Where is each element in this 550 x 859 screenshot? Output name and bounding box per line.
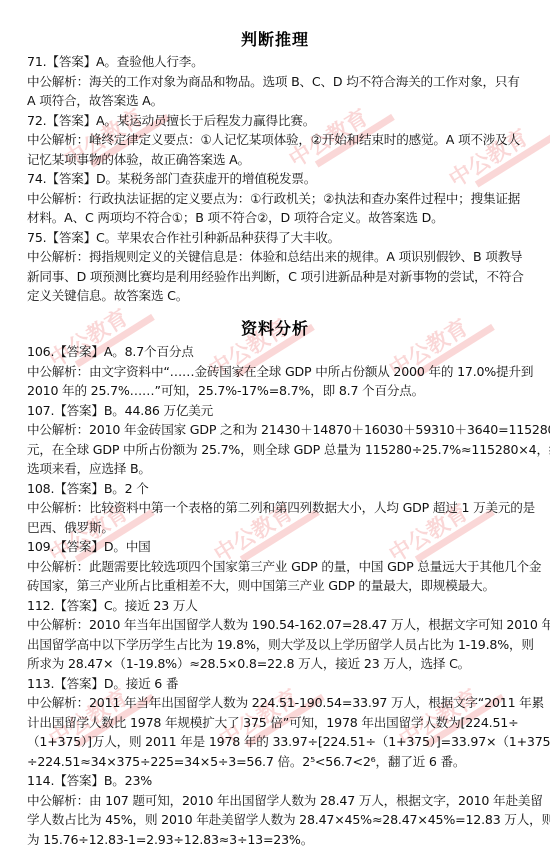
analysis-line: 元，在全球 GDP 中所占份额为 25.7%，则全球 GDP 总量为 11528… [27, 440, 517, 459]
analysis-line: 中公解析：峰终定律定义要点：①人记忆某项体验，②开始和结束时的感觉。A 项不涉及… [27, 130, 517, 149]
document-page: 中公教育 中公教育 中公教育 中公教育 中公教育 中公教育 中公教育 中公教育 … [0, 0, 550, 859]
answer-line: 106.【答案】A。8.7个百分点 [27, 342, 517, 361]
analysis-line: 材料。A、C 两项均不符合①；B 项不符合②，D 项符合定义。故答案选 D。 [27, 208, 517, 227]
answer-line: 74.【答案】D。某税务部门查获虚开的增值税发票。 [27, 169, 517, 188]
analysis-line: 中公解析：2010 年当年出国留学人数为 190.54-162.07=28.47… [27, 615, 517, 634]
analysis-line: 砖国家，第三产业所占比重相差不大，则中国第三产业 GDP 的量最大，即规模最大。 [27, 576, 517, 595]
analysis-line: 选项来看，应选择 B。 [27, 459, 517, 478]
answer-line: 107.【答案】B。44.86 万亿美元 [27, 401, 517, 420]
section-title-data-analysis: 资料分析 [0, 316, 550, 339]
answer-line: 114.【答案】B。23% [27, 771, 517, 790]
analysis-line: 学人数占比为 45%，则 2010 年赴美留学人数为 28.47×45%≈28.… [27, 810, 517, 829]
analysis-line: 中公解析：2010 年金砖国家 GDP 之和为 21430＋14870＋1603… [27, 420, 517, 439]
section-title-judgment-reasoning: 判断推理 [0, 27, 550, 50]
answer-line: 108.【答案】B。2 个 [27, 479, 517, 498]
answer-line: 113.【答案】D。接近 6 番 [27, 674, 517, 693]
analysis-line: 中公解析：此题需要比较选项四个国家第三产业 GDP 的量，中国 GDP 总量远大… [27, 557, 517, 576]
analysis-line: 中公解析：由文字资料中“……金砖国家在全球 GDP 中所占份额从 2000 年的… [27, 362, 517, 381]
analysis-line: 巴西、俄罗斯。 [27, 518, 517, 537]
analysis-line: 定义关键信息。故答案选 C。 [27, 286, 517, 305]
answer-line: 71.【答案】A。查验他人行李。 [27, 52, 517, 71]
analysis-line: 中公解析：行政执法证据的定义要点为：①行政机关；②执法和查办案件过程中；搜集证据 [27, 189, 517, 208]
analysis-line: 为 15.76÷12.83-1=2.93÷12.83≈3÷13=23%。 [27, 830, 517, 849]
analysis-line: 记忆某项事物的体验，故正确答案选 A。 [27, 150, 517, 169]
analysis-line: 出国留学高中以下学历学生占比为 19.8%，则大学及以上学历留学人员占比为 1-… [27, 635, 517, 654]
answer-line: 109.【答案】D。中国 [27, 537, 517, 556]
analysis-line: （1+375）]万人，则 2011 年是 1978 年的 33.97÷[224.… [27, 732, 517, 751]
analysis-line: ÷224.51≈34×375÷225=34×5÷3=56.7 倍。2⁵<56.7… [27, 752, 517, 771]
analysis-line: 中公解析：比较资料中第一个表格的第二列和第四列数据大小，人均 GDP 超过 1 … [27, 498, 517, 517]
analysis-line: 所求为 28.47×（1-19.8%）≈28.5×0.8=22.8 万人，接近 … [27, 654, 517, 673]
analysis-line: 计出国留学人数比 1978 年规模扩大了 375 倍”可知，1978 年出国留学… [27, 713, 517, 732]
analysis-line: A 项符合，故答案选 A。 [27, 91, 517, 110]
answer-line: 112.【答案】C。接近 23 万人 [27, 596, 517, 615]
answer-line: 72.【答案】A。某运动员擅长于后程发力赢得比赛。 [27, 111, 517, 130]
analysis-line: 2010 年的 25.7%……”可知，25.7%-17%=8.7%，即 8.7 … [27, 381, 517, 400]
analysis-line: 中公解析：由 107 题可知，2010 年出国留学人数为 28.47 万人，根据… [27, 791, 517, 810]
analysis-line: 中公解析：海关的工作对象为商品和物品。选项 B、C、D 均不符合海关的工作对象，… [27, 72, 517, 91]
answer-line: 75.【答案】C。苹果农合作社引种新品种获得了大丰收。 [27, 228, 517, 247]
analysis-line: 中公解析：2011 年当年出国留学人数为 224.51-190.54=33.97… [27, 693, 517, 712]
analysis-line: 新同事、D 项预测比赛均是利用经验作出判断，C 项引进新品种是对新事物的尝试，不… [27, 267, 517, 286]
analysis-line: 中公解析：拇指规则定义的关键信息是：体验和总结出来的规律。A 项识别假钞、B 项… [27, 247, 517, 266]
